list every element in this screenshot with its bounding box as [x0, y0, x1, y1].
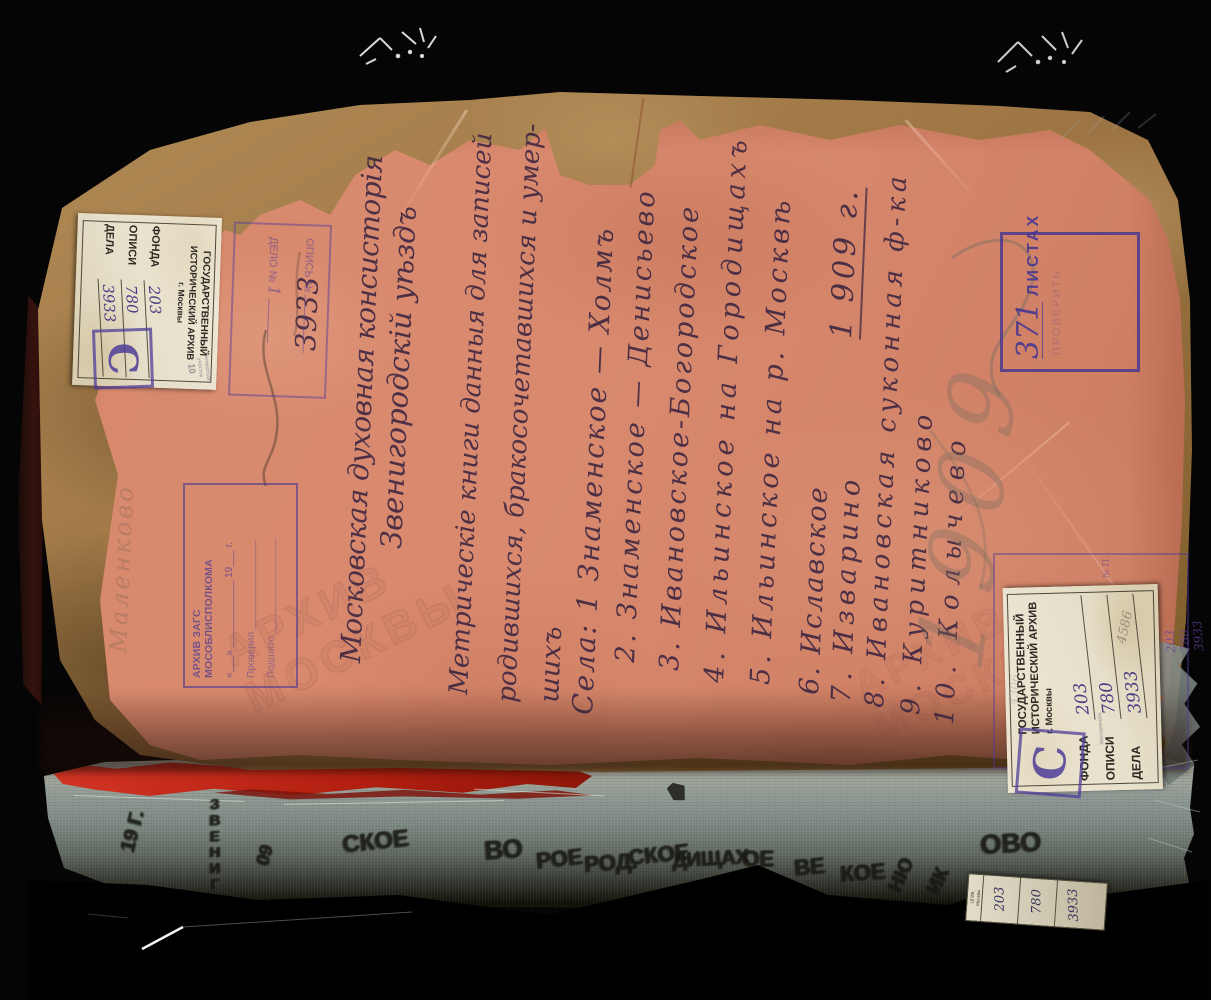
spine-tag-label: ЦГИА Москвы 203 780 3933 [965, 873, 1108, 931]
stamp-row: ОПИСЬ № [298, 238, 316, 396]
stamp-row-label: ДЕЛО № [266, 237, 280, 283]
c-letter: С [99, 342, 147, 375]
c-overstamp: С [92, 328, 154, 390]
tag-cell-value: 203 [993, 887, 1008, 912]
spine-text-fragment: ВО [483, 833, 523, 867]
mini-district-stamp: Четвертый участок 10 [184, 353, 211, 383]
sheet-count-number: 371 [1015, 302, 1043, 359]
watermark-fragment [360, 28, 436, 64]
spine-text-fragment: РОЕ [535, 844, 584, 875]
stamp-row-value: 1 [265, 285, 284, 296]
sheet-count-stamp: 371 ЛИСТАХ ПРОВЕРИТЬ [1000, 232, 1140, 372]
tag-cell-value: 3933 [1066, 888, 1082, 922]
case-number-stamp: ОПИСЬ № ДЕЛО № 1 [228, 222, 332, 399]
spine-text-fragment: КОЕ [839, 858, 886, 887]
c-overstamp: С [1015, 727, 1086, 798]
scanned-archive-cover-photo: { "colors": { "background": "#050505", "… [0, 0, 1211, 1000]
stamp-line: АРХИВ ЗАГС МОСОБЛИСПОЛКОМА [191, 493, 215, 678]
spine-text-fragment: ОВО [979, 826, 1041, 860]
stamp-faded-line: ПРОВЕРИТЬ [1051, 235, 1063, 355]
stamp-row-label: ОПИСЬ № [302, 238, 316, 293]
c-letter: С [1023, 743, 1077, 782]
sheet-count-word: ЛИСТАХ [1025, 213, 1043, 296]
stamp-row: ДЕЛО № 1 [261, 237, 286, 396]
archive-label-top-left: ГОСУДАРСТВЕННЫЙ ИСТОРИЧЕСКИЙ АРХИВ г. Мо… [72, 213, 222, 390]
handwritten-subtitle-line: шихъ [534, 626, 568, 703]
tag-cell-value: 780 [1030, 890, 1045, 915]
spine-text-fragment: ДИЩАХ [671, 846, 749, 873]
stamp-row: 371 ЛИСТАХ [1015, 235, 1043, 359]
zags-archive-stamp: АРХИВ ЗАГС МОСОБЛИСПОЛКОМА «___» _______… [183, 483, 298, 688]
pencil-note: 4306 [1006, 674, 1022, 706]
violet-side-numbers: 203 780 3933 [1162, 555, 1206, 652]
year-text: 1 909 г. [824, 186, 866, 340]
spine-text-fragment: ВЕ [793, 853, 826, 882]
stamp-line: «___» ____________ 19___ г. [224, 493, 235, 678]
watermark-fragment [998, 32, 1082, 72]
spine-text-fragment: ЗВЕНИГОР [206, 796, 223, 906]
stamp-line: Проверил ________________ [246, 493, 257, 678]
archive-label-bottom-right: ГОСУДАРСТВЕННЫЙ ИСТОРИЧЕСКИЙ АРХИВ г. Мо… [1003, 584, 1163, 793]
stamp-line: Подшито _________________ [266, 493, 277, 678]
handwritten-year: 1 909 г. [824, 186, 868, 340]
